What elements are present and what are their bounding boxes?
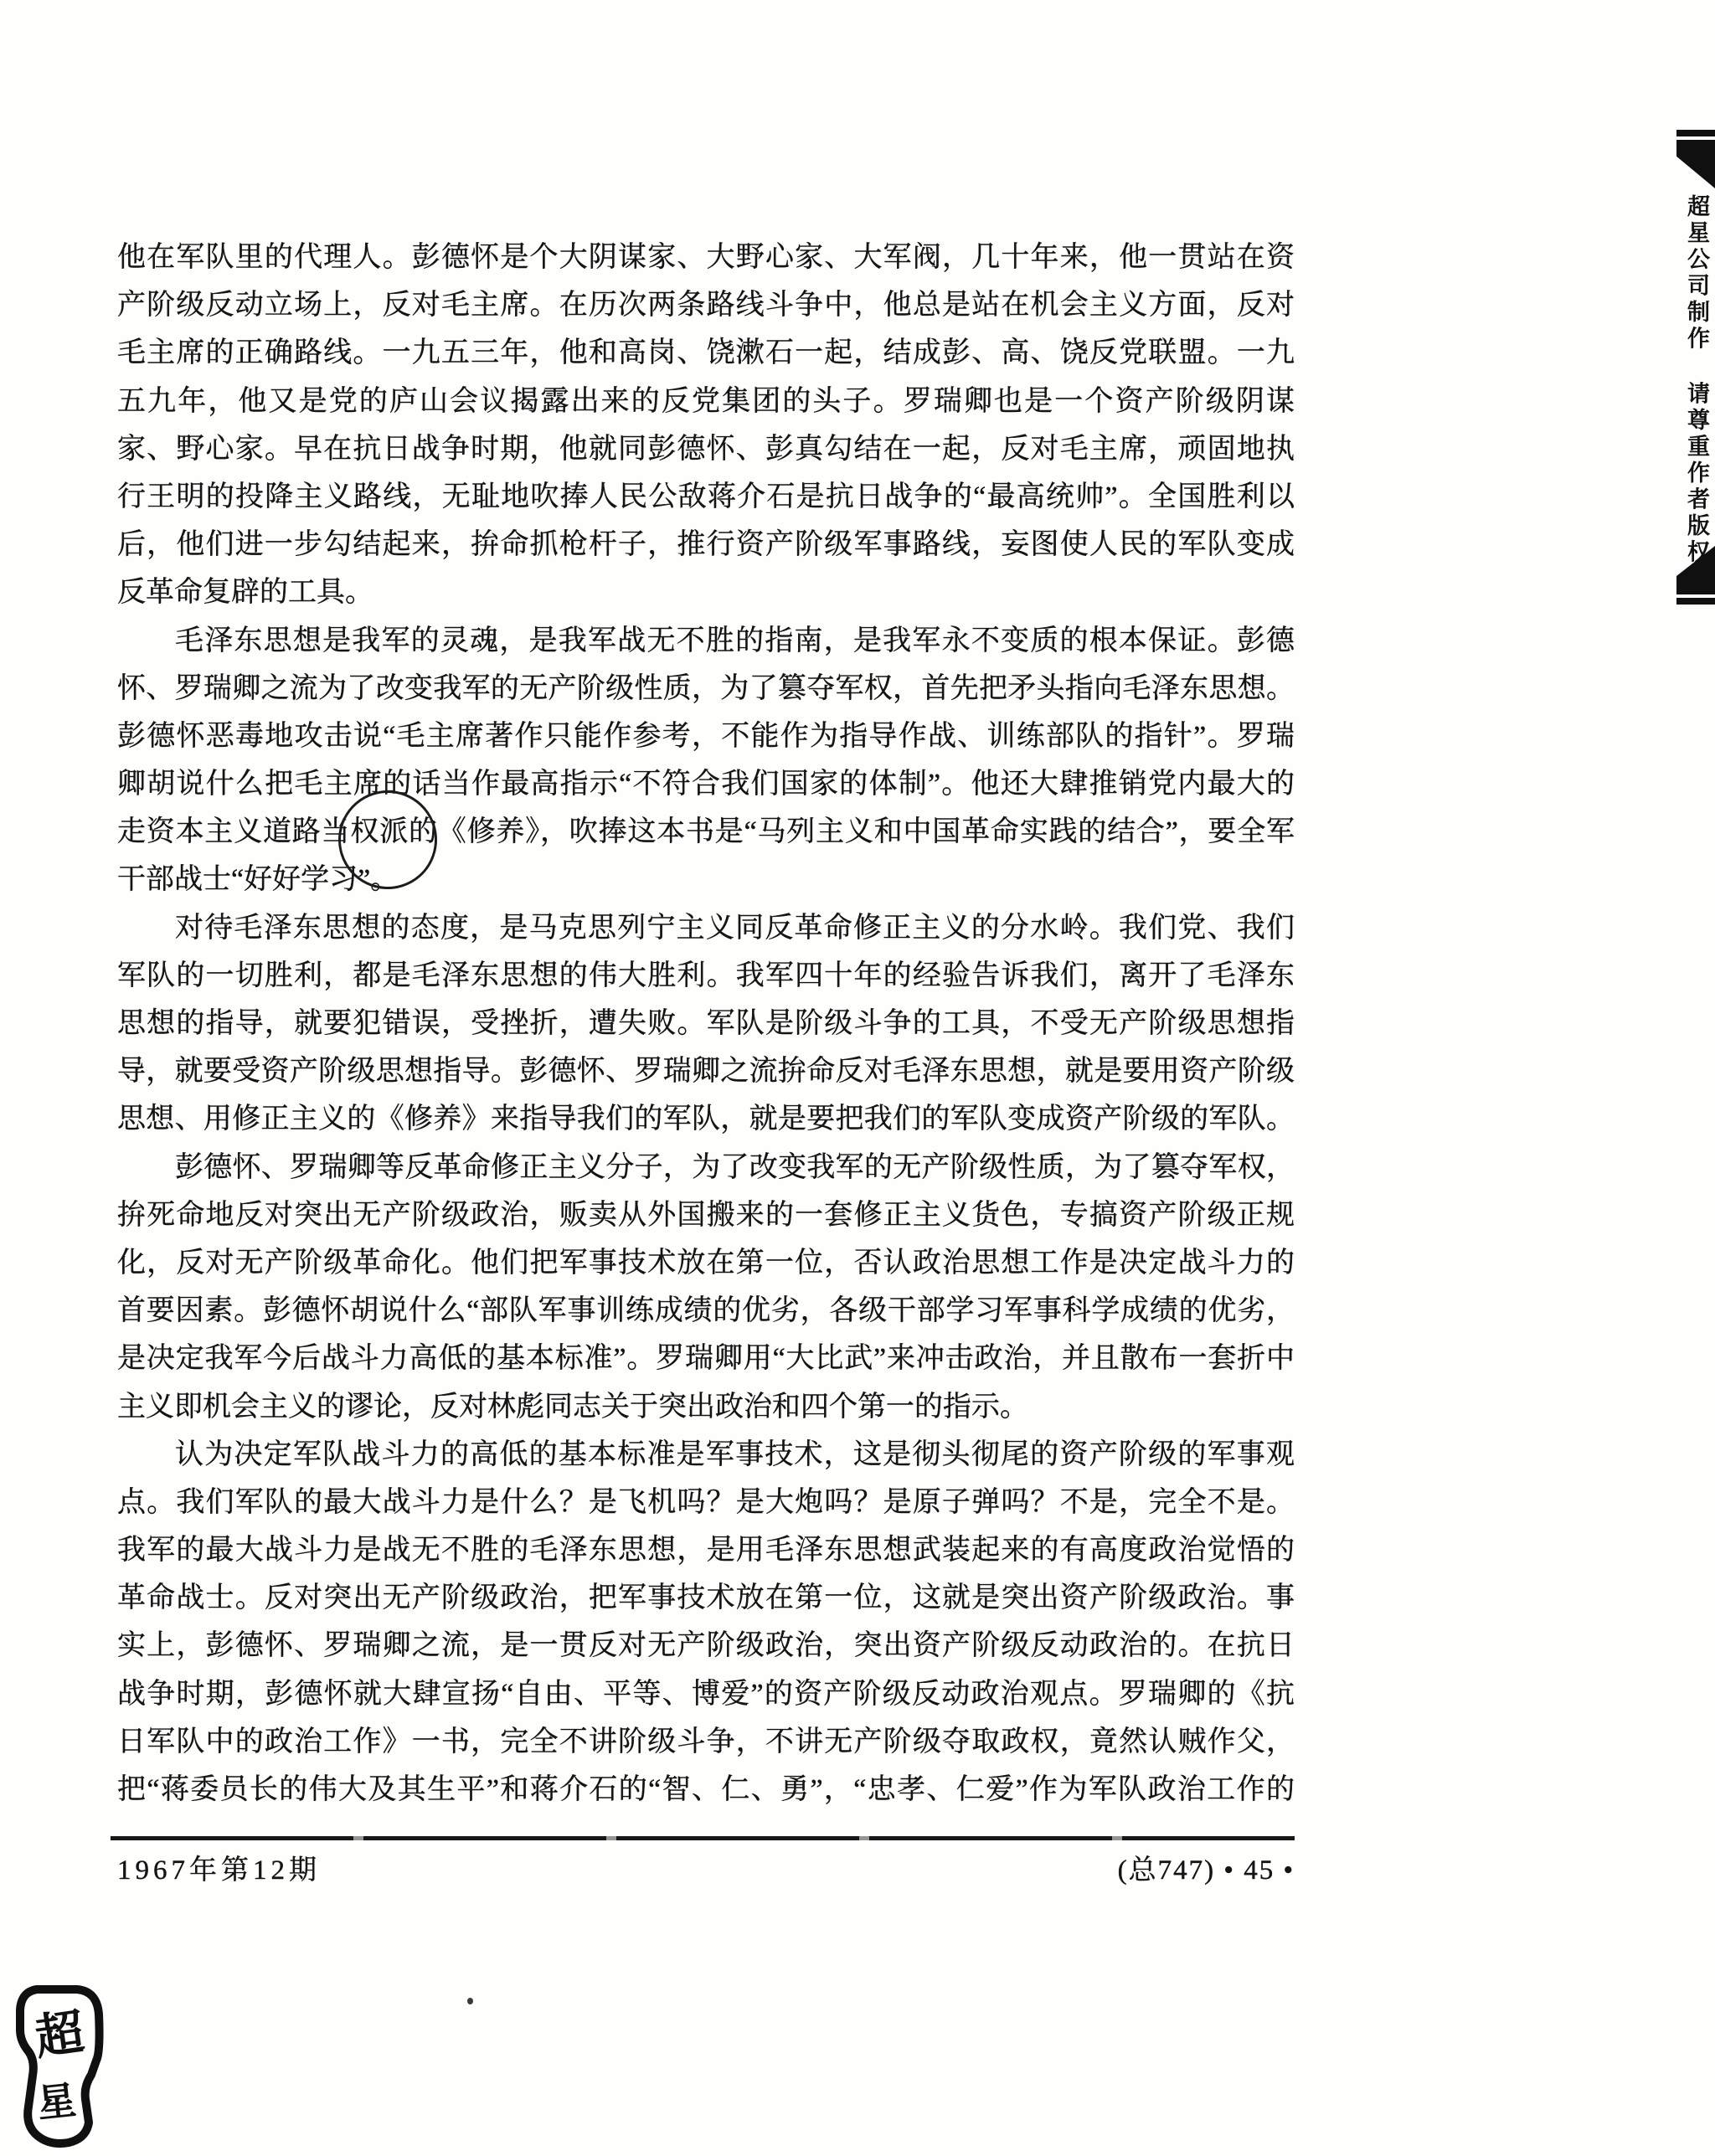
text-line: 拚死命地反对突出无产阶级政治，贩卖从外国搬来的一套修正主义货色，专搞资产阶级正规 [117, 1191, 1295, 1239]
seal-char-bottom: 星 [35, 2079, 78, 2126]
text-line: 革命战士。反对突出无产阶级政治，把军事技术放在第一位，这就是突出资产阶级政治。事 [117, 1574, 1295, 1622]
watermark-bottom-bar [1676, 598, 1715, 605]
watermark-top-bar [1676, 130, 1715, 136]
text-line: 产阶级反动立场上，反对毛主席。在历次两条路线斗争中，他总是站在机会主义方面，反对 [117, 281, 1295, 329]
text-line: 后，他们进一步勾结起来，拚命抓枪杆子，推行资产阶级军事路线，妄图使人民的军队变成 [117, 521, 1295, 569]
text-line: 行王明的投降主义路线，无耻地吹捧人民公敌蒋介石是抗日战争的“最高统帅”。全国胜利… [117, 473, 1295, 521]
text-line: 彭德怀、罗瑞卿等反革命修正主义分子，为了改变我军的无产阶级性质，为了篡夺军权， [117, 1144, 1295, 1191]
text-line: 化，反对无产阶级革命化。他们把军事技术放在第一位，否认政治思想工作是决定战斗力的 [117, 1239, 1295, 1287]
text-line: 实上，彭德怀、罗瑞卿之流，是一贯反对无产阶级政治，突出资产阶级反动政治的。在抗日 [117, 1622, 1295, 1670]
text-line: 战争时期，彭德怀就大肆宣扬“自由、平等、博爱”的资产阶级反动政治观点。罗瑞卿的《… [117, 1670, 1295, 1718]
text-line: 军队的一切胜利，都是毛泽东思想的伟大胜利。我军四十年的经验告诉我们，离开了毛泽东 [117, 952, 1295, 1000]
text-line: 对待毛泽东思想的态度，是马克思列宁主义同反革命修正主义的分水岭。我们党、我们 [117, 904, 1295, 952]
text-line: 我军的最大战斗力是战无不胜的毛泽东思想，是用毛泽东思想武装起来的有高度政治觉悟的 [117, 1526, 1295, 1574]
article-text-column: 他在军队里的代理人。彭德怀是个大阴谋家、大野心家、大军阀，几十年来，他一贯站在资… [117, 234, 1295, 1814]
ink-speck [467, 1998, 473, 2004]
text-line: 干部战士“好好学习”。 [117, 856, 1295, 903]
text-line: 彭德怀恶毒地攻击说“毛主席著作只能作参考，不能作为指导作战、训练部队的指针”。罗… [117, 713, 1295, 760]
text-line: 首要因素。彭德怀胡说什么“部队军事训练成绩的优劣，各级干部学习军事科学成绩的优劣… [117, 1287, 1295, 1335]
text-line: 认为决定军队战斗力的高低的基本标准是军事技术，这是彻头彻尾的资产阶级的军事观 [117, 1431, 1295, 1479]
text-line: 思想的指导，就要犯错误，受挫折，遭失败。军队是阶级斗争的工具，不受无产阶级思想指 [117, 1000, 1295, 1047]
scanned-document-page: 超星公司制作 请尊重作者版权 他在军队里的代理人。彭德怀是个大阴谋家、大野心家、… [0, 0, 1715, 2156]
text-line: 主义即机会主义的谬论，反对林彪同志关于突出政治和四个第一的指示。 [117, 1383, 1295, 1431]
text-line: 卿胡说什么把毛主席的话当作最高指示“不符合我们国家的体制”。他还大肆推销党内最大… [117, 760, 1295, 808]
text-line: 导，就要受资产阶级思想指导。彭德怀、罗瑞卿之流拚命反对毛泽东思想，就是要用资产阶… [117, 1047, 1295, 1095]
vertical-watermark-text: 超星公司制作 请尊重作者版权 [1680, 194, 1713, 546]
text-line: 五九年，他又是党的庐山会议揭露出来的反党集团的头子。罗瑞卿也是一个资产阶级阴谋 [117, 378, 1295, 425]
footer-page-number: (总747) • 45 • [1118, 1848, 1295, 1887]
text-line: 他在军队里的代理人。彭德怀是个大阴谋家、大野心家、大军阀，几十年来，他一贯站在资 [117, 234, 1295, 281]
text-line: 思想、用修正主义的《修养》来指导我们的军队，就是要把我们的军队变成资产阶级的军队… [117, 1095, 1295, 1143]
text-line: 毛主席的正确路线。一九五三年，他和高岗、饶漱石一起，结成彭、高、饶反党联盟。一九 [117, 329, 1295, 377]
text-line: 怀、罗瑞卿之流为了改变我军的无产阶级性质，为了篡夺军权，首先把矛头指向毛泽东思想… [117, 665, 1295, 713]
footer-divider-line [111, 1836, 1295, 1840]
text-line: 把“蒋委员长的伟大及其生平”和蒋介石的“智、仁、勇”，“忠孝、仁爱”作为军队政治… [117, 1766, 1295, 1814]
text-line: 日军队中的政治工作》一书，完全不讲阶级斗争，不讲无产阶级夺取政权，竟然认贼作父， [117, 1718, 1295, 1766]
text-line: 点。我们军队的最大战斗力是什么？是飞机吗？是大炮吗？是原子弹吗？不是，完全不是。 [117, 1479, 1295, 1526]
text-line: 走资本主义道路当权派的《修养》，吹捧这本书是“马列主义和中国革命实践的结合”，要… [117, 808, 1295, 856]
text-line: 反革命复辟的工具。 [117, 569, 1295, 616]
text-line: 家、野心家。早在抗日战争时期，他就同彭德怀、彭真勾结在一起，反对毛主席，顽固地执 [117, 425, 1295, 473]
watermark-top-wedge [1676, 140, 1715, 188]
publisher-seal-stamp: 超 星 [8, 1981, 111, 2150]
text-line: 毛泽东思想是我军的灵魂，是我军战无不胜的指南，是我军永不变质的根本保证。彭德 [117, 617, 1295, 665]
text-line: 是决定我军今后战斗力高低的基本标准”。罗瑞卿用“大比武”来冲击政治，并且散布一套… [117, 1335, 1295, 1382]
footer-issue-label: 1967年第12期 [117, 1848, 321, 1887]
seal-char-top: 超 [32, 2004, 87, 2065]
